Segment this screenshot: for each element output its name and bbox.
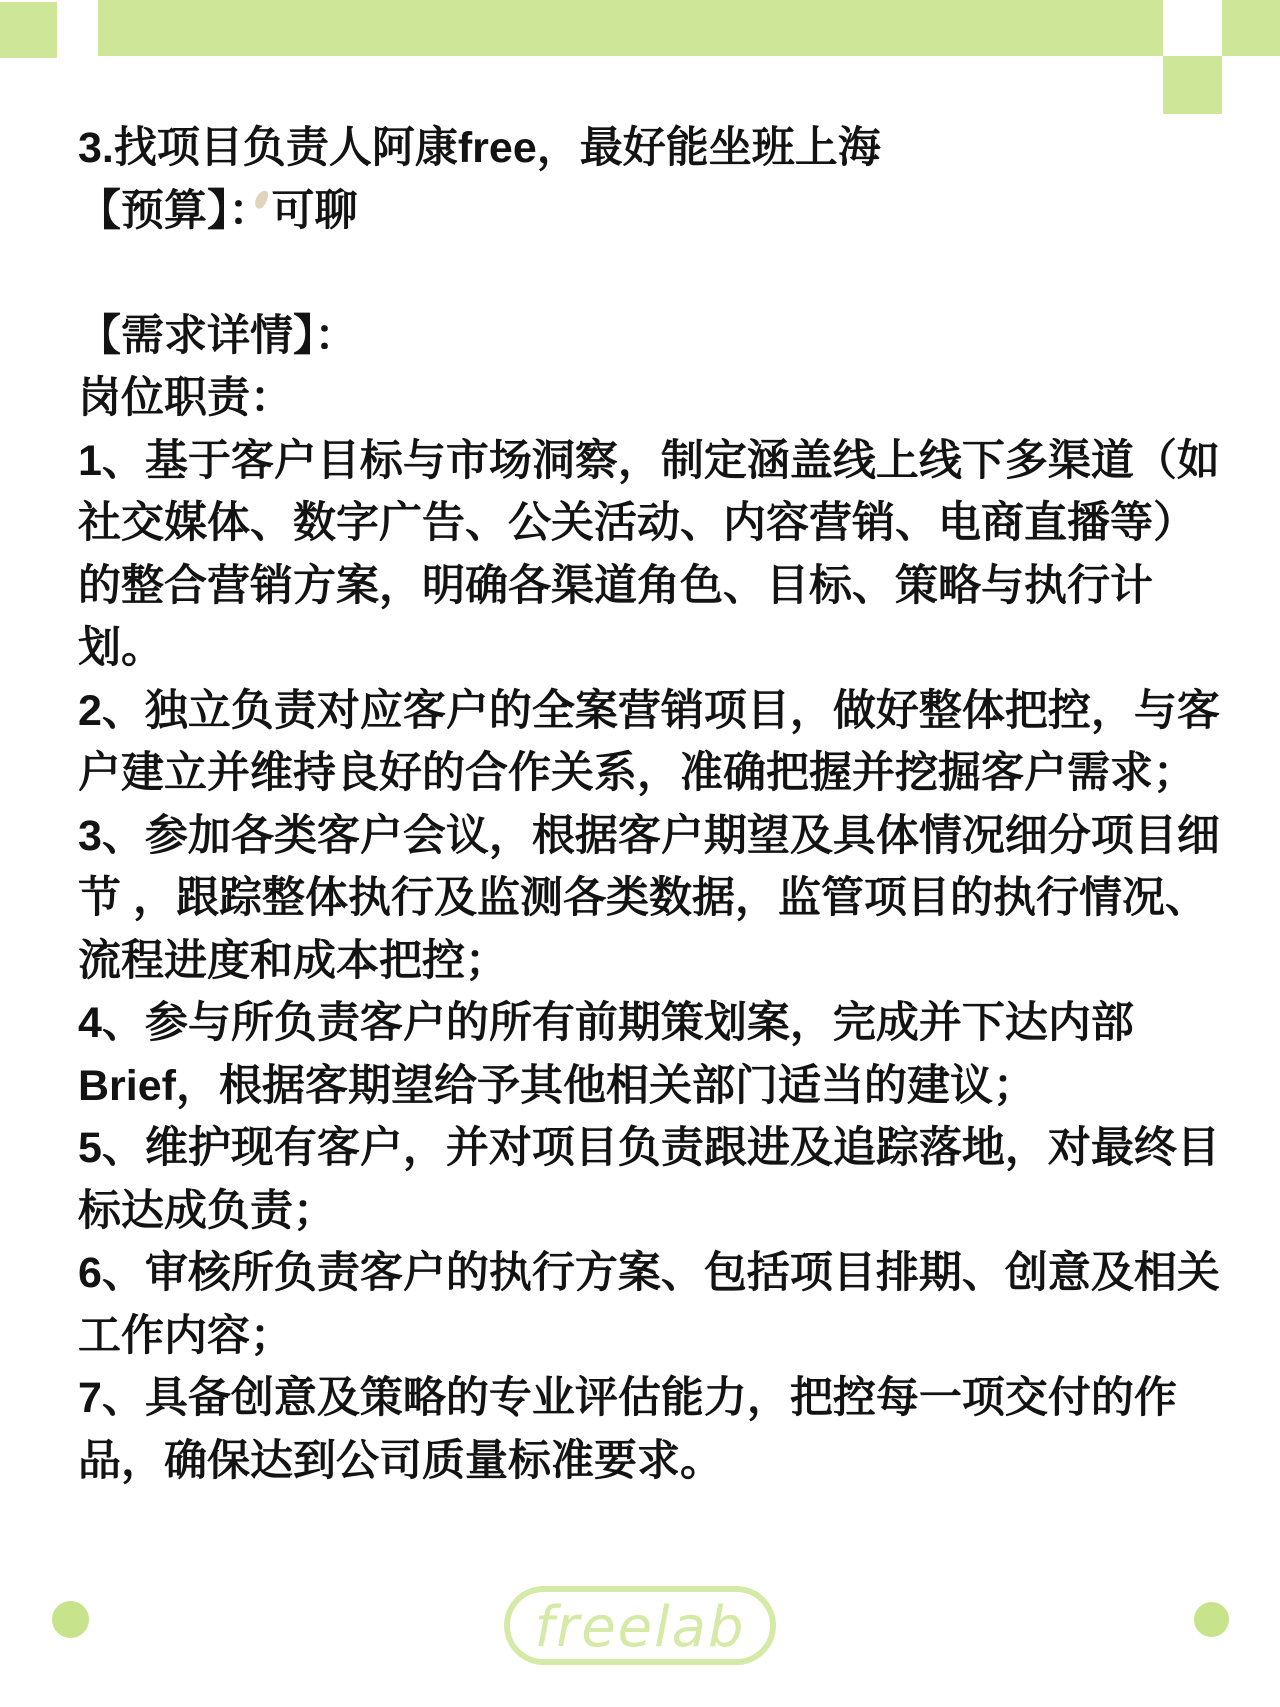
- text-line: Brief，根据客期望给予其他相关部门适当的建议；: [78, 1055, 1238, 1118]
- deco-bar-top: [98, 0, 1163, 56]
- job-title-line: 3.找项目负责人阿康free，最好能坐班上海: [78, 117, 1238, 180]
- text-line: 标达成负责；: [78, 1180, 1238, 1243]
- budget-line: 【预算】：可聊: [78, 180, 1238, 243]
- deco-square-top-right: [1222, 0, 1280, 56]
- freelab-logo: freelab: [495, 1578, 785, 1678]
- deco-square-top-left: [0, 2, 57, 58]
- section-heading-responsibilities: 岗位职责：: [78, 367, 1238, 430]
- poster-page: 3.找项目负责人阿康free，最好能坐班上海 【预算】：可聊 【需求详情】： 岗…: [0, 0, 1280, 1707]
- text-line: 品，确保达到公司质量标准要求。: [78, 1430, 1238, 1493]
- text-line: 7、具备创意及策略的专业评估能力，把控每一项交付的作: [78, 1367, 1238, 1430]
- logo-wordmark: freelab: [534, 1595, 745, 1660]
- deco-circle-bottom-left: [52, 1601, 89, 1638]
- text-line: 节 ，跟踪整体执行及监测各类数据，监管项目的执行情况、: [78, 867, 1238, 930]
- text-line: 户建立并维持良好的合作关系，准确把握并挖掘客户需求；: [78, 742, 1238, 805]
- text-line: 工作内容；: [78, 1305, 1238, 1368]
- deco-square-right-lower: [1163, 56, 1222, 114]
- blank-line: [78, 242, 1238, 305]
- text-line: 2、独立负责对应客户的全案营销项目，做好整体把控，与客: [78, 680, 1238, 743]
- job-post-text: 3.找项目负责人阿康free，最好能坐班上海 【预算】：可聊 【需求详情】： 岗…: [78, 117, 1238, 1492]
- text-line: 的整合营销方案，明确各渠道角色、目标、策略与执行计: [78, 555, 1238, 618]
- section-heading-demand-details: 【需求详情】：: [78, 305, 1238, 368]
- text-line: 社交媒体、数字广告、公关活动、内容营销、电商直播等）: [78, 492, 1238, 555]
- text-line: 6、审核所负责客户的执行方案、包括项目排期、创意及相关: [78, 1242, 1238, 1305]
- text-line: 1、基于客户目标与市场洞察，制定涵盖线上线下多渠道（如: [78, 430, 1238, 493]
- text-line: 3、参加各类客户会议，根据客户期望及具体情况细分项目细: [78, 805, 1238, 868]
- text-line: 5、维护现有客户，并对项目负责跟进及追踪落地，对最终目: [78, 1117, 1238, 1180]
- text-line: 划。: [78, 617, 1238, 680]
- text-line: 4、参与所负责客户的所有前期策划案，完成并下达内部: [78, 992, 1238, 1055]
- text-line: 流程进度和成本把控；: [78, 930, 1238, 993]
- deco-circle-bottom-right: [1194, 1602, 1229, 1637]
